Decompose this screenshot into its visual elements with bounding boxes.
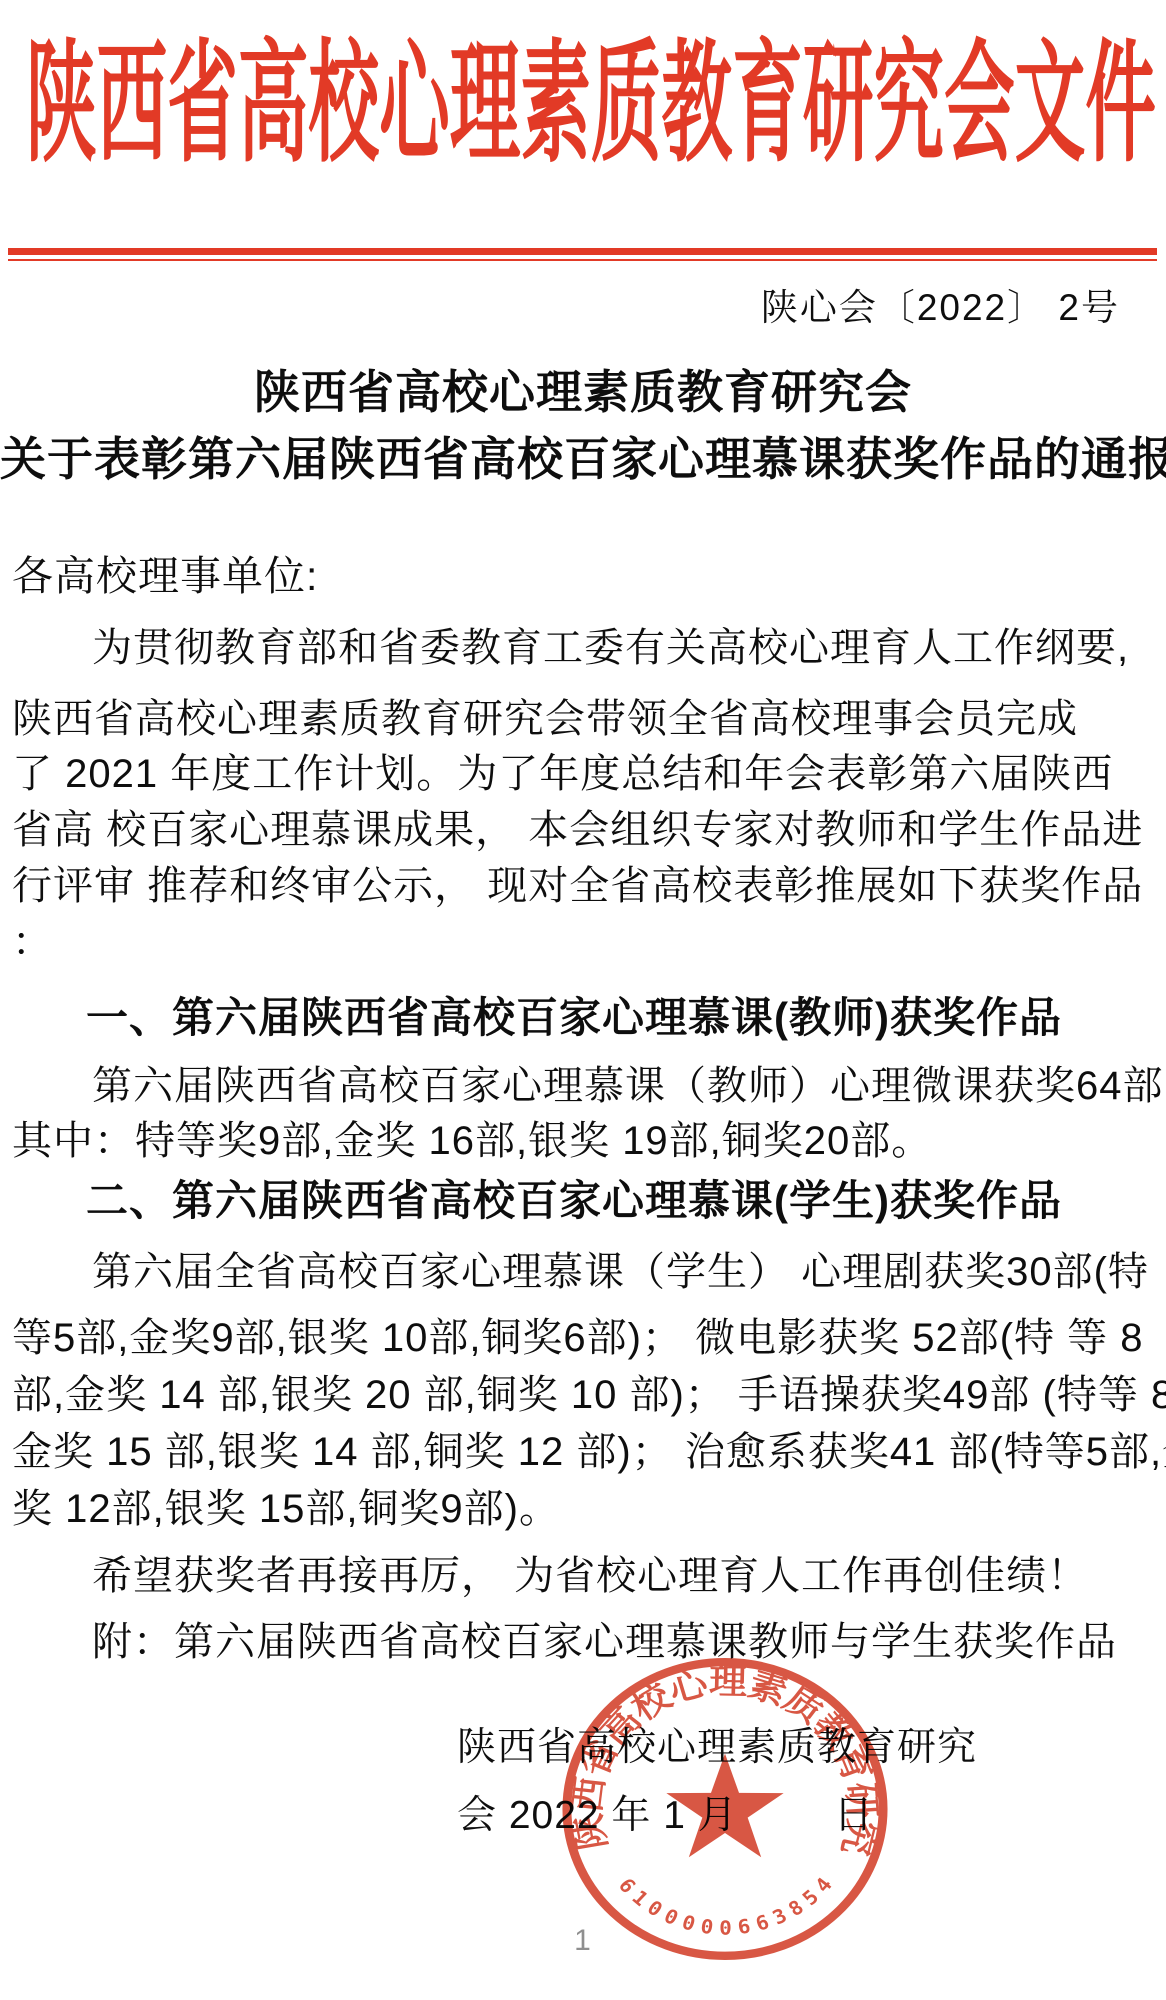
- official-seal: 陕西省高校心理素质教育研究会 6100000663854: [556, 1652, 894, 1966]
- section-1-heading: 一、第六届陕西省高校百家心理慕课(教师)获奖作品: [86, 985, 1062, 1045]
- document-title-org: 陕西省高校心理素质教育研究会: [0, 356, 1166, 422]
- body-line: 省高 校百家心理慕课成果， 本会组织专家对教师和学生作品进: [12, 798, 1143, 855]
- body-line: 第六届全省高校百家心理慕课（学生） 心理剧获奖30部(特: [92, 1240, 1149, 1297]
- seal-star: [666, 1754, 783, 1858]
- section-2-heading: 二、第六届陕西省高校百家心理慕课(学生)获奖作品: [86, 1168, 1062, 1228]
- body-line: 部,金奖 14 部,银奖 20 部,铜奖 10 部)； 手语操获奖49部 (特等…: [12, 1363, 1166, 1420]
- body-line: 了 2021 年度工作计划。为了年度总结和年会表彰第六届陕西: [12, 742, 1113, 799]
- red-header-banner-title: 陕西省高校心理素质教育研究会文件: [26, 36, 1156, 173]
- body-line: ：: [12, 910, 53, 967]
- body-line: 奖 12部,银奖 15部,铜奖9部)。: [12, 1477, 560, 1534]
- body-line: 为贯彻教育部和省委教育工委有关高校心理育人工作纲要,: [92, 616, 1129, 673]
- salutation: 各高校理事单位:: [12, 543, 318, 602]
- document-page: 陕西省高校心理素质教育研究会文件 陕心会〔2022〕 2号 陕西省高校心理素质教…: [0, 0, 1166, 2000]
- doc-number: 陕心会〔2022〕 2号: [761, 277, 1120, 331]
- closing-line: 希望获奖者再接再厉， 为省校心理育人工作再创佳绩！: [92, 1544, 1088, 1601]
- body-line: 陕西省高校心理素质教育研究会带领全省高校理事会员完成: [12, 687, 1078, 744]
- document-title-subject: 关于表彰第六届陕西省高校百家心理慕课获奖作品的通报: [0, 423, 1166, 489]
- body-line: 等5部,金奖9部,银奖 10部,铜奖6部)； 微电影获奖 52部(特 等 8: [12, 1306, 1144, 1363]
- body-line: 行评审 推荐和终审公示， 现对全省高校表彰推展如下获奖作品: [12, 854, 1143, 911]
- body-line: 第六届陕西省高校百家心理慕课（教师）心理微课获奖64部,: [92, 1054, 1166, 1111]
- seal-serial-number: 6100000663854: [614, 1873, 837, 1939]
- body-line: 其中：特等奖9部,金奖 16部,银奖 19部,铜奖20部。: [12, 1109, 932, 1166]
- body-line: 金奖 15 部,银奖 14 部,铜奖 12 部)； 治愈系获奖41 部(特等5部…: [12, 1420, 1166, 1477]
- red-separator-thin: [8, 259, 1157, 261]
- red-separator-thick: [8, 248, 1157, 255]
